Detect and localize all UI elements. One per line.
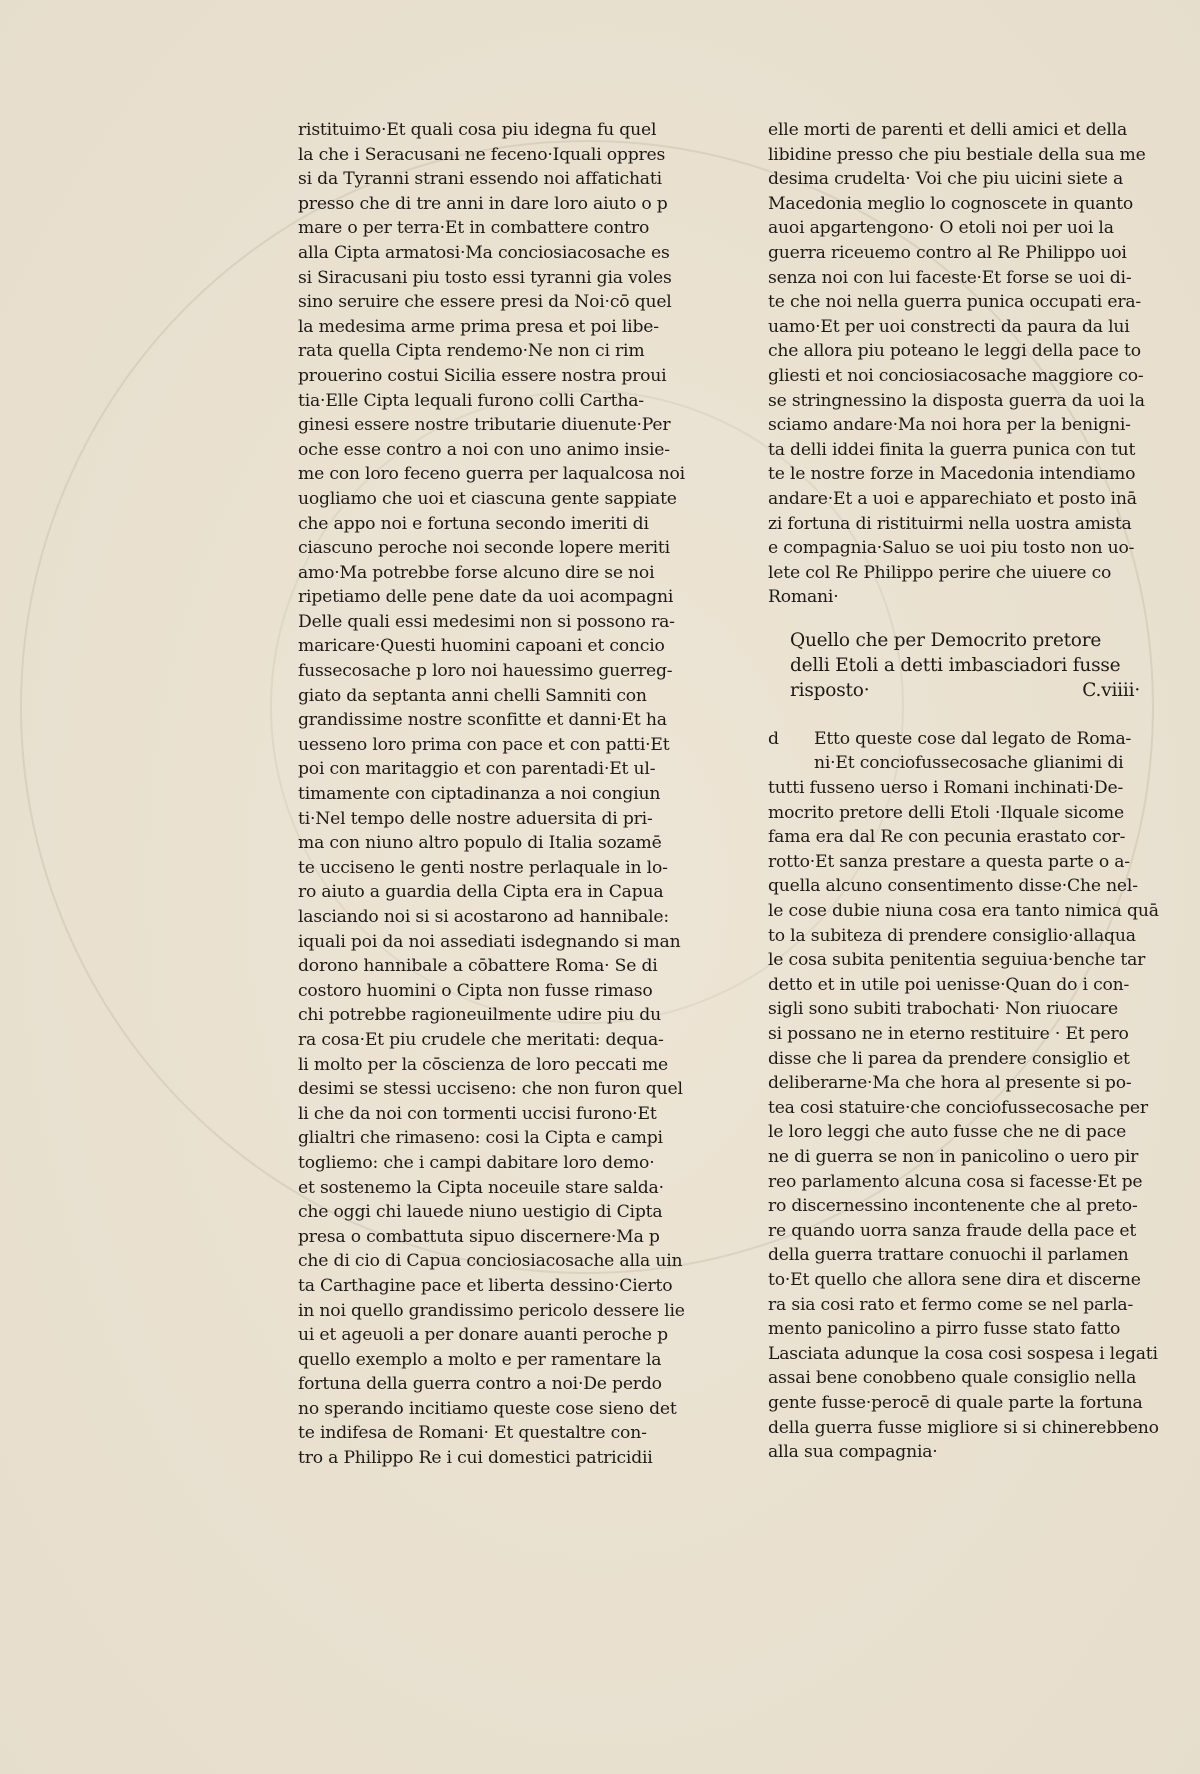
text-line: se stringnessino la disposta guerra da u… <box>768 389 1148 414</box>
text-line: ra cosa·Et piu crudele che meritati: deq… <box>298 1028 668 1053</box>
text-line: alla Cipta armatosi·Ma conciosiacosache … <box>298 241 668 266</box>
text-line: togliemo: che i campi dabitare loro demo… <box>298 1151 668 1176</box>
text-line: tia·Elle Cipta lequali furono colli Cart… <box>298 389 668 414</box>
text-line: ginesi essere nostre tributarie diuenute… <box>298 413 668 438</box>
text-line: ta Carthagine pace et liberta dessino·Ci… <box>298 1274 668 1299</box>
text-line: la che i Seracusani ne feceno·Iquali opp… <box>298 143 668 168</box>
text-line: uogliamo che uoi et ciascuna gente sappi… <box>298 487 668 512</box>
text-line: Delle quali essi medesimi non si possono… <box>298 610 668 635</box>
text-line: fortuna della guerra contro a noi·De per… <box>298 1372 668 1397</box>
text-line: fama era dal Re con pecunia erastato cor… <box>768 825 1148 850</box>
text-line: auoi apgartengono· O etoli noi per uoi l… <box>768 216 1148 241</box>
text-line: tro a Philippo Re i cui domestici patric… <box>298 1446 668 1471</box>
text-line: ni·Et conciofussecosache glianimi di <box>768 751 1148 776</box>
text-line: lete col Re Philippo perire che uiuere c… <box>768 561 1148 586</box>
text-line: e compagnia·Saluo se uoi piu tosto non u… <box>768 536 1148 561</box>
text-line: ro aiuto a guardia della Cipta era in Ca… <box>298 880 668 905</box>
text-line: prouerino costui Sicilia essere nostra p… <box>298 364 668 389</box>
chapter-heading-line: risposto· C.viiii· <box>790 678 1148 703</box>
text-line: si da Tyranni strani essendo noi affatic… <box>298 167 668 192</box>
text-line: ta delli iddei finita la guerra punica c… <box>768 438 1148 463</box>
text-line: presa o combattuta sipuo discernere·Ma p <box>298 1225 668 1250</box>
text-line: si Siracusani piu tosto essi tyranni gia… <box>298 266 668 291</box>
text-line: mare o per terra·Et in combattere contro <box>298 216 668 241</box>
text-line: che di cio di Capua conciosiacosache all… <box>298 1249 668 1274</box>
text-line: dorono hannibale a cōbattere Roma· Se di <box>298 954 668 979</box>
text-line: le loro leggi che auto fusse che ne di p… <box>768 1120 1148 1145</box>
text-line: libidine presso che piu bestiale della s… <box>768 143 1148 168</box>
text-line: Lasciata adunque la cosa cosi sospesa i … <box>768 1342 1148 1367</box>
text-line: te le nostre forze in Macedonia intendia… <box>768 462 1148 487</box>
text-line: dEtto queste cose dal legato de Roma- <box>768 727 1148 752</box>
text-line: glialtri che rimaseno: cosi la Cipta e c… <box>298 1126 668 1151</box>
text-line: no sperando incitiamo queste cose sieno … <box>298 1397 668 1422</box>
chapter-heading-line: delli Etoli a detti imbasciadori fusse <box>790 653 1148 678</box>
text-line: ripetiamo delle pene date da uoi acompag… <box>298 585 668 610</box>
text-line: alla sua compagnia· <box>768 1440 1148 1465</box>
text-line: ristituimo·Et quali cosa piu idegna fu q… <box>298 118 668 143</box>
text-line: sigli sono subiti trabochati· Non riuoca… <box>768 997 1148 1022</box>
text-line: disse che li parea da prendere consiglio… <box>768 1047 1148 1072</box>
text-line: iquali poi da noi assediati isdegnando s… <box>298 930 668 955</box>
text-line: chi potrebbe ragioneuilmente udire piu d… <box>298 1003 668 1028</box>
right-text-column: elle morti de parenti et delli amici et … <box>768 118 1148 1465</box>
text-line: uamo·Et per uoi constrecti da paura da l… <box>768 315 1148 340</box>
text-line: della guerra fusse migliore si si chiner… <box>768 1416 1148 1441</box>
chapter-heading-line: Quello che per Democrito pretore <box>790 628 1148 653</box>
text-line: Macedonia meglio lo cognoscete in quanto <box>768 192 1148 217</box>
text-line: si possano ne in eterno restituire · Et … <box>768 1022 1148 1047</box>
text-line: ciascuno peroche noi seconde lopere meri… <box>298 536 668 561</box>
text-line: sciamo andare·Ma noi hora per la benigni… <box>768 413 1148 438</box>
text-line: timamente con ciptadinanza a noi congiun <box>298 782 668 807</box>
text-line: desima crudelta· Voi che piu uicini siet… <box>768 167 1148 192</box>
text-line: te indifesa de Romani· Et questaltre con… <box>298 1421 668 1446</box>
text-line: la medesima arme prima presa et poi libe… <box>298 315 668 340</box>
text-line: li molto per la cōscienza de loro peccat… <box>298 1053 668 1078</box>
text-line: ro discernessino incontenente che al pre… <box>768 1194 1148 1219</box>
text-line: le cosa subita penitentia seguiua·benche… <box>768 948 1148 973</box>
text-line-content: Etto queste cose dal legato de Roma- <box>814 729 1131 749</box>
right-column-body-text: dEtto queste cose dal legato de Roma-ni·… <box>768 727 1148 1465</box>
text-line: gente fusse·perocē di quale parte la for… <box>768 1391 1148 1416</box>
text-line: reo parlamento alcuna cosa si facesse·Et… <box>768 1170 1148 1195</box>
text-line: andare·Et a uoi e apparechiato et posto … <box>768 487 1148 512</box>
text-line: rotto·Et sanza prestare a questa parte o… <box>768 850 1148 875</box>
chapter-heading: Quello che per Democrito pretore delli E… <box>790 628 1148 703</box>
text-line: te uccisenο le genti nostre perlaquale i… <box>298 856 668 881</box>
text-line: quella alcuno consentimento disse·Che ne… <box>768 874 1148 899</box>
text-line: mento panicolino a pirro fusse stato fat… <box>768 1317 1148 1342</box>
text-line: giato da septanta anni chelli Samniti co… <box>298 684 668 709</box>
text-line: senza noi con lui faceste·Et forse se uo… <box>768 266 1148 291</box>
text-line: amo·Ma potrebbe forse alcuno dire se noi <box>298 561 668 586</box>
text-line: desimi se stessi uccisenο: che non furon… <box>298 1077 668 1102</box>
text-line: te che noi nella guerra punica occupati … <box>768 290 1148 315</box>
text-line: maricare·Questi huomini capoani et conci… <box>298 634 668 659</box>
text-line: che allora piu poteano le leggi della pa… <box>768 339 1148 364</box>
text-line: detto et in utile poi uenisse·Quan do i … <box>768 973 1148 998</box>
text-line: et sostenemo la Cipta noceuile stare sal… <box>298 1176 668 1201</box>
text-line: costoro huomini o Cipta non fusse rimaso <box>298 979 668 1004</box>
text-line: grandissime nostre sconfitte et danni·Et… <box>298 708 668 733</box>
text-line: ti·Nel tempo delle nostre aduersita di p… <box>298 807 668 832</box>
chapter-heading-last-line: risposto· <box>790 680 869 701</box>
text-line: li che da noi con tormenti uccisi furono… <box>298 1102 668 1127</box>
text-line: tutti fusseno uerso i Romani inchinati·D… <box>768 776 1148 801</box>
text-line: uesseno loro prima con pace et con patti… <box>298 733 668 758</box>
left-text-column: ristituimo·Et quali cosa piu idegna fu q… <box>298 118 668 1471</box>
text-line: in noi quello grandissimo pericolo desse… <box>298 1299 668 1324</box>
text-line: Romani· <box>768 585 1148 610</box>
text-line: presso che di tre anni in dare loro aiut… <box>298 192 668 217</box>
text-line: elle morti de parenti et delli amici et … <box>768 118 1148 143</box>
text-line: deliberarne·Ma che hora al presente si p… <box>768 1071 1148 1096</box>
text-line: rata quella Cipta rendemo·Ne non ci rim <box>298 339 668 364</box>
text-line: poi con maritaggio et con parentadi·Et u… <box>298 757 668 782</box>
text-line: gliesti et noi conciosiacosache maggiore… <box>768 364 1148 389</box>
text-line: della guerra trattare conuochi il parlam… <box>768 1243 1148 1268</box>
text-line: to la subiteza di prendere consiglio·all… <box>768 924 1148 949</box>
text-line: guerra riceuemo contro al Re Philippo uo… <box>768 241 1148 266</box>
right-column-top-text: elle morti de parenti et delli amici et … <box>768 118 1148 610</box>
text-line: fussecosache p loro noi hauessimo guerre… <box>298 659 668 684</box>
text-line: tea cosi statuire·che conciofussecosache… <box>768 1096 1148 1121</box>
text-line: sino seruire che essere presi da Noi·cō … <box>298 290 668 315</box>
text-line: che oggi chi lauede niuno uestigio di Ci… <box>298 1200 668 1225</box>
text-line: oche esse contro a noi con uno animo ins… <box>298 438 668 463</box>
text-line: ne di guerra se non in panicolino o uero… <box>768 1145 1148 1170</box>
text-line: zi fortuna di ristituirmi nella uostra a… <box>768 512 1148 537</box>
text-line: to·Et quello che allora sene dira et dis… <box>768 1268 1148 1293</box>
text-line: le cose dubie niuna cosa era tanto nimic… <box>768 899 1148 924</box>
text-line: quello exemplo a molto e per ramentare l… <box>298 1348 668 1373</box>
chapter-signature: C.viiii· <box>1082 678 1140 703</box>
text-line: re quando uorra sanza fraude della pace … <box>768 1219 1148 1244</box>
text-line: lasciando noi si si acostarono ad hannib… <box>298 905 668 930</box>
text-line: mocrito pretore delli Etoli ·Ilquale sic… <box>768 801 1148 826</box>
guide-letter: d <box>768 727 814 752</box>
text-line: ma con niuno altro populo di Italia soza… <box>298 831 668 856</box>
text-line: me con loro feceno guerra per laqualcosa… <box>298 462 668 487</box>
text-line: che appo noi e fortuna secondo imeriti d… <box>298 512 668 537</box>
book-page: ristituimo·Et quali cosa piu idegna fu q… <box>0 0 1200 1774</box>
text-line: ra sia cosi rato et fermo come se nel pa… <box>768 1293 1148 1318</box>
text-line: assai bene conobbeno quale consiglio nel… <box>768 1366 1148 1391</box>
text-line: ui et ageuoli a per donare auanti peroch… <box>298 1323 668 1348</box>
